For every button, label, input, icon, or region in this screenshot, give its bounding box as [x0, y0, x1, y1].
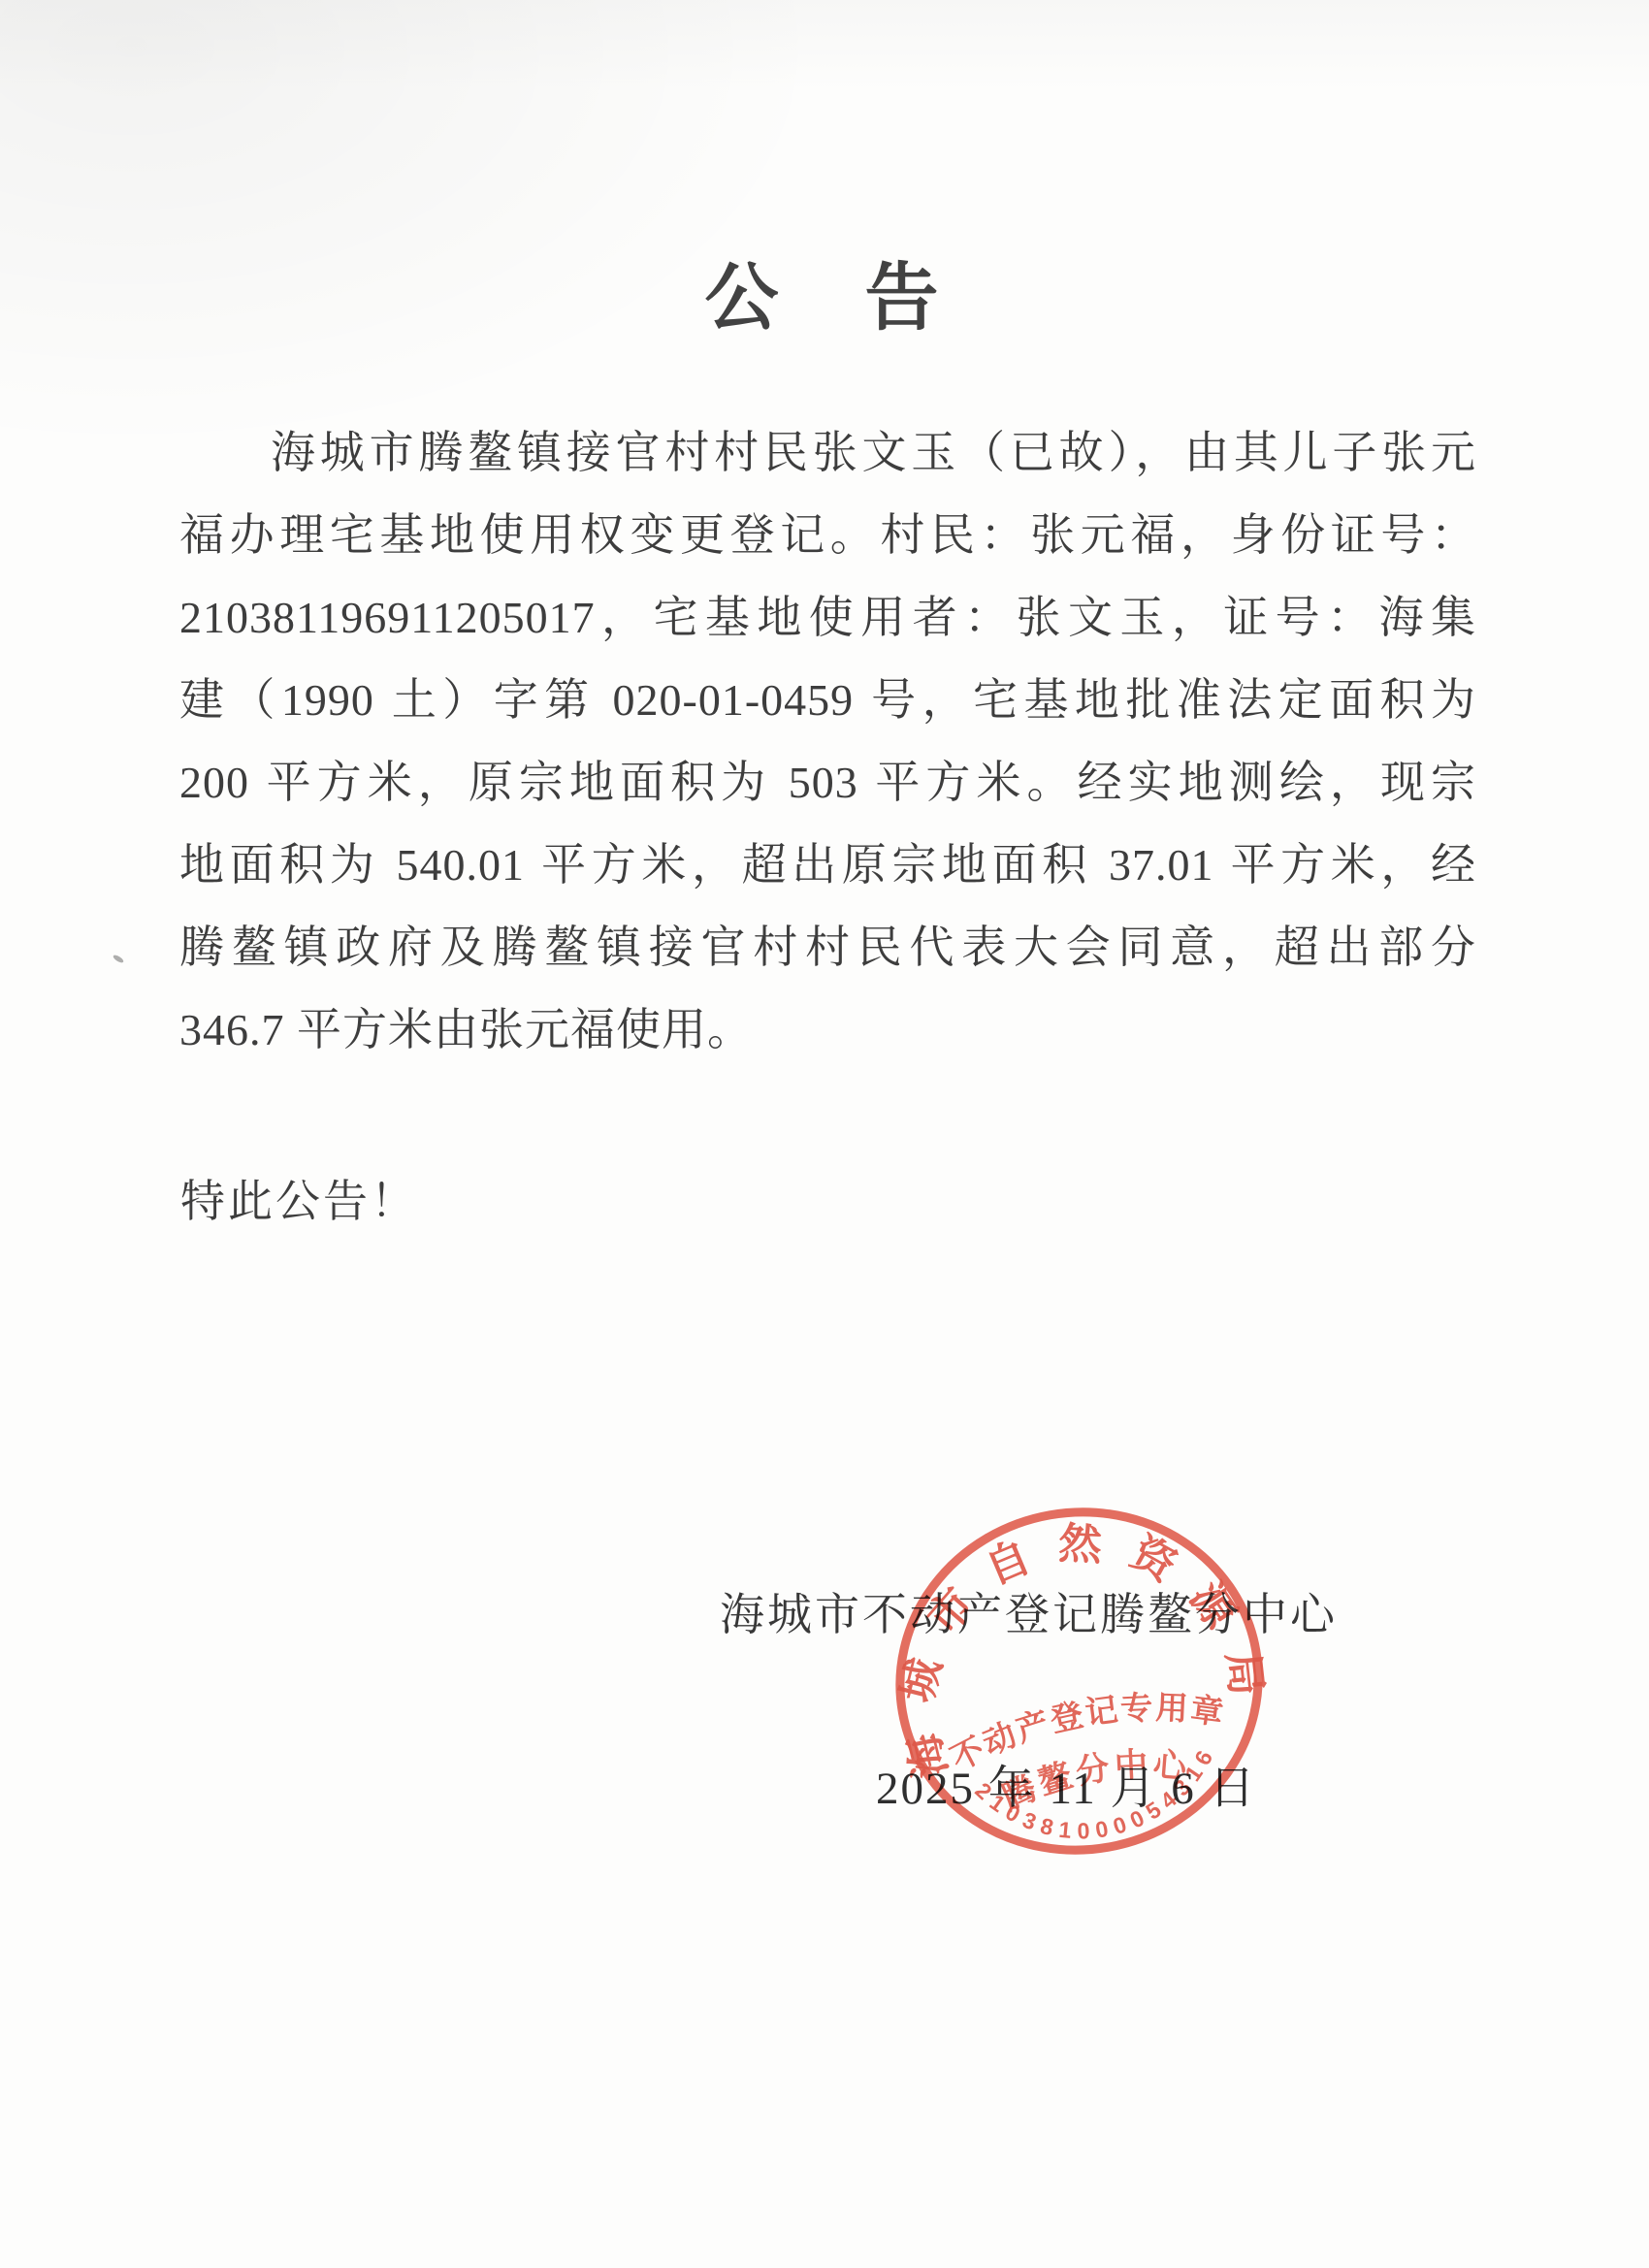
body-line: 346.7 平方米由张元福使用。 [179, 988, 1476, 1071]
scan-artifact-speck [113, 954, 125, 964]
body-line: 福办理宅基地使用权变更登记。村民：张元福，身份证号： [179, 494, 1476, 576]
body-line: 建（1990 土）字第 020-01-0459 号，宅基地批准法定面积为 [179, 659, 1476, 741]
closing-line: 特此公告！ [180, 1166, 418, 1230]
seal-ring-text: 海城市自然资源局 [865, 1489, 1277, 1783]
svg-text:海城市自然资源局: 海城市自然资源局 [865, 1489, 1277, 1783]
body-line: 210381196911205017，宅基地使用者：张文玉，证号：海集 [179, 576, 1476, 659]
announcement-body: 海城市腾鳌镇接官村村民张文玉（已故），由其儿子张元 福办理宅基地使用权变更登记。… [179, 411, 1476, 1071]
body-line: 200 平方米，原宗地面积为 503 平方米。经实地测绘，现宗 [179, 741, 1476, 824]
scanned-announcement-page: 公 告 海城市腾鳌镇接官村村民张文玉（已故），由其儿子张元 福办理宅基地使用权变… [0, 0, 1649, 2268]
page-title: 公 告 [0, 239, 1649, 344]
official-seal: 海城市自然资源局 不动产登记专用章 腾鳌分中心 210381000054316 [852, 1460, 1306, 1895]
body-line: 腾鳌镇政府及腾鳌镇接官村村民代表大会同意，超出部分 [179, 906, 1476, 988]
body-line: 地面积为 540.01 平方米，超出原宗地面积 37.01 平方米，经 [179, 824, 1476, 906]
body-line: 海城市腾鳌镇接官村村民张文玉（已故），由其儿子张元 [179, 411, 1476, 494]
